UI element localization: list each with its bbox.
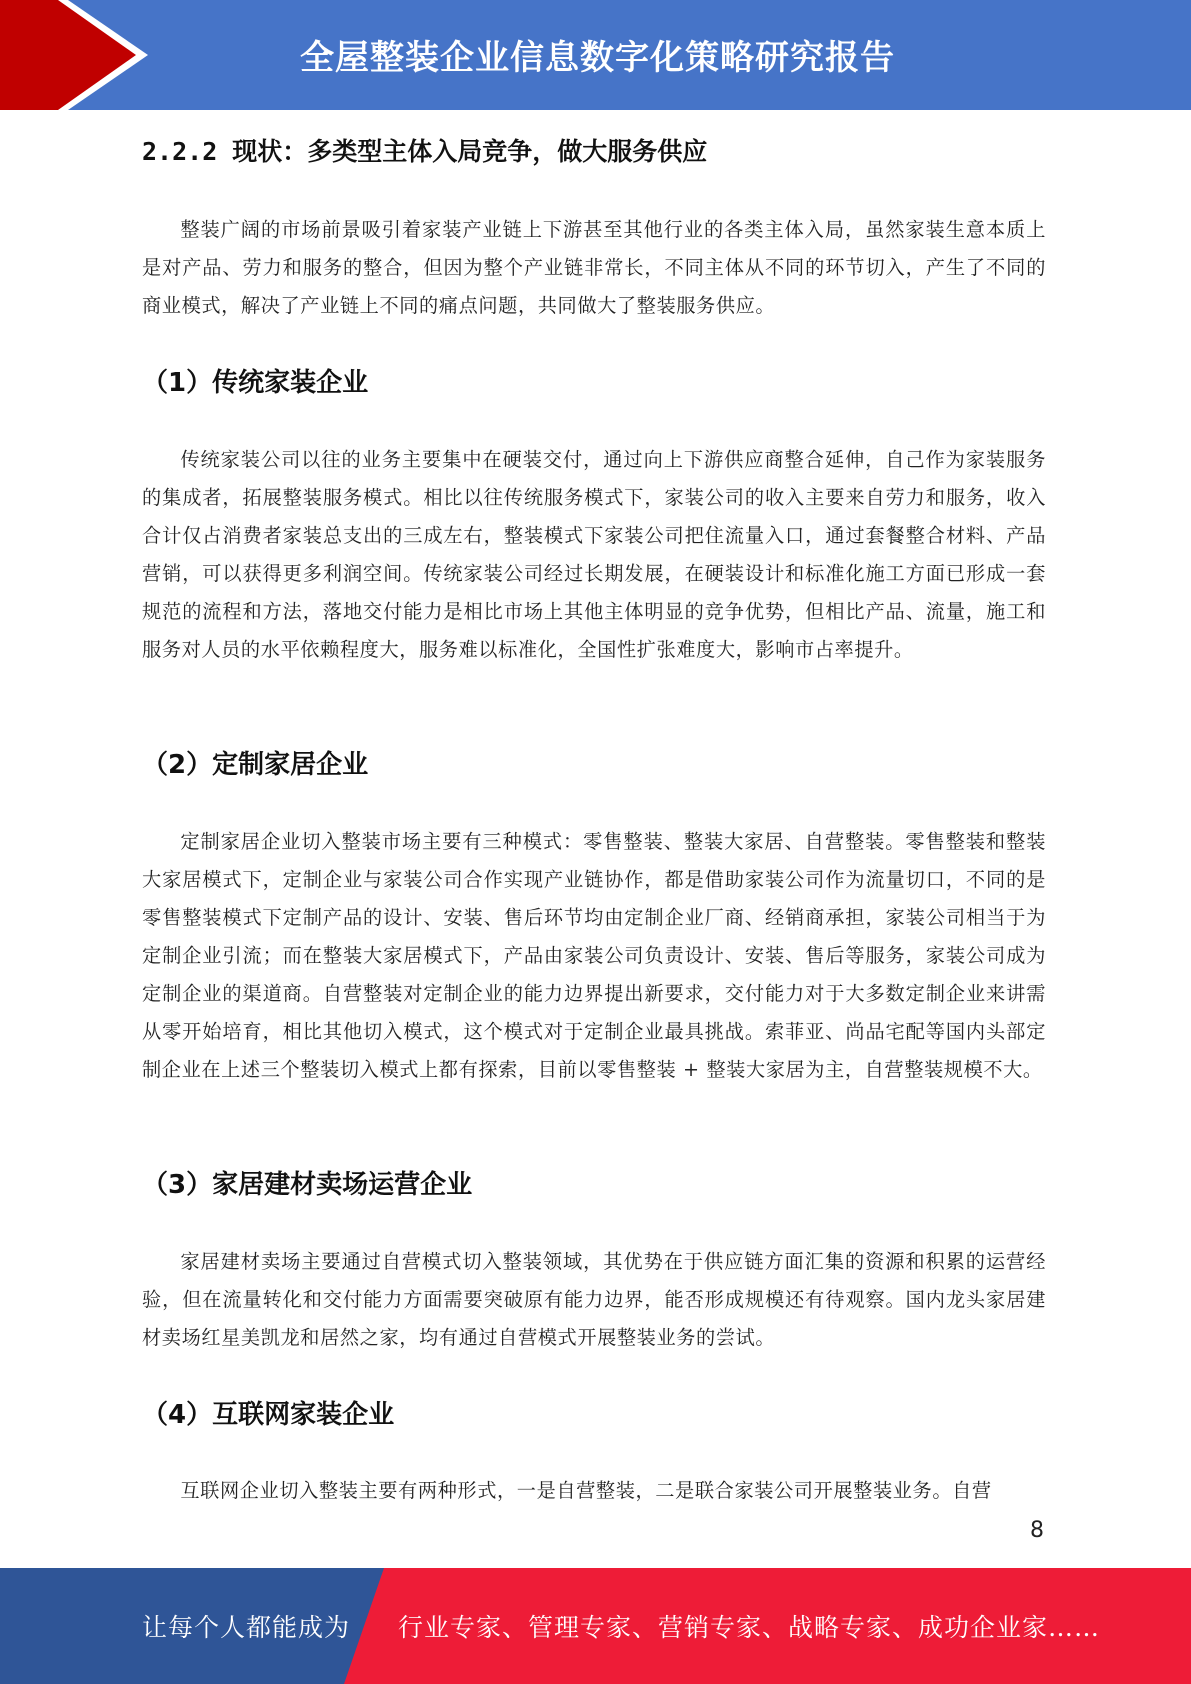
subsection-heading-traditional: （1）传统家装企业 — [142, 362, 368, 399]
intro-paragraph: 整装广阔的市场前景吸引着家装产业链上下游甚至其他行业的各类主体入局，虽然家装生意… — [142, 211, 1046, 325]
footer-slogan-left: 让每个人都能成为 — [142, 1608, 350, 1644]
subsection-heading-internet: （4）互联网家装企业 — [142, 1394, 394, 1431]
subsection-heading-custom-home: （2）定制家居企业 — [142, 744, 368, 781]
subsection-body-building-materials: 家居建材卖场主要通过自营模式切入整装领域，其优势在于供应链方面汇集的资源和积累的… — [142, 1243, 1046, 1357]
subsection-heading-building-materials: （3）家居建材卖场运营企业 — [142, 1164, 472, 1201]
report-footer: 让每个人都能成为 行业专家、管理专家、营销专家、战略专家、成功企业家…… — [0, 1568, 1191, 1684]
section-title: 2.2.2 现状：多类型主体入局竞争，做大服务供应 — [142, 132, 707, 168]
page-number: 8 — [1030, 1518, 1044, 1543]
subsection-body-internet: 互联网企业切入整装主要有两种形式，一是自营整装，二是联合家装公司开展整装业务。自… — [142, 1472, 1046, 1510]
report-title: 全屋整装企业信息数字化策略研究报告 — [300, 30, 940, 79]
subsection-body-custom-home: 定制家居企业切入整装市场主要有三种模式：零售整装、整装大家居、自营整装。零售整装… — [142, 823, 1046, 1089]
subsection-body-traditional: 传统家装公司以往的业务主要集中在硬装交付，通过向上下游供应商整合延伸，自己作为家… — [142, 441, 1046, 669]
report-header: 全屋整装企业信息数字化策略研究报告 — [0, 0, 1191, 110]
footer-slogan-right: 行业专家、管理专家、营销专家、战略专家、成功企业家…… — [398, 1608, 1100, 1644]
